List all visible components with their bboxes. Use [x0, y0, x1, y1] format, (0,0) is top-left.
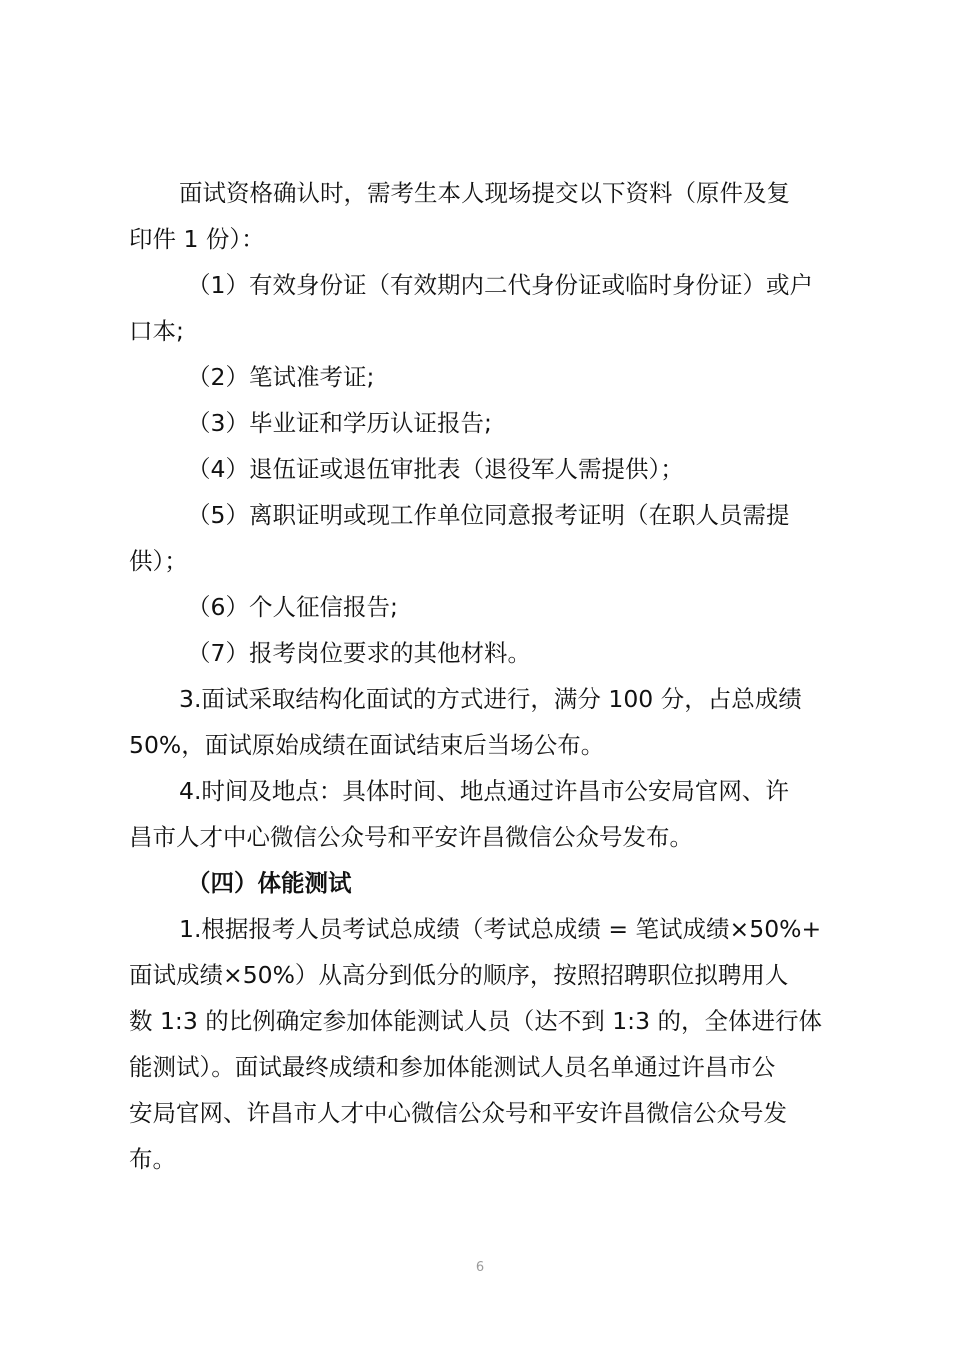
- text-line: 50%，面试原始成绩在面试结束后当场公布。: [129, 722, 845, 768]
- text-line: 布。: [129, 1136, 845, 1182]
- list-item: （6）个人征信报告;: [129, 584, 845, 630]
- text-line: 供）；: [129, 538, 845, 584]
- list-item: （7）报考岗位要求的其他材料。: [129, 630, 845, 676]
- list-item: （3）毕业证和学历认证报告;: [129, 400, 845, 446]
- text-line: 面试资格确认时，需考生本人现场提交以下资料（原件及复: [129, 170, 845, 216]
- text-line: 4.时间及地点：具体时间、地点通过许昌市公安局官网、许: [129, 768, 845, 814]
- list-item: （5）离职证明或现工作单位同意报考证明（在职人员需提: [129, 492, 845, 538]
- text-line: 3.面试采取结构化面试的方式进行，满分 100 分，占总成绩: [129, 676, 845, 722]
- list-item: （2）笔试准考证;: [129, 354, 845, 400]
- text-line: 能测试）。面试最终成绩和参加体能测试人员名单通过许昌市公: [129, 1044, 845, 1090]
- text-line: 面试成绩×50%）从高分到低分的顺序，按照招聘职位拟聘用人: [129, 952, 845, 998]
- page-number: 6: [0, 1260, 960, 1275]
- text-line: 昌市人才中心微信公众号和平安许昌微信公众号发布。: [129, 814, 845, 860]
- text-line: 数 1:3 的比例确定参加体能测试人员（达不到 1:3 的，全体进行体: [129, 998, 845, 1044]
- text-line: 口本;: [129, 308, 845, 354]
- text-line: 1.根据报考人员考试总成绩（考试总成绩 = 笔试成绩×50%+: [129, 906, 845, 952]
- section-heading: （四）体能测试: [129, 860, 845, 906]
- text-line: 印件 1 份）：: [129, 216, 845, 262]
- list-item: （4）退伍证或退伍审批表（退役军人需提供）；: [129, 446, 845, 492]
- text-line: 安局官网、许昌市人才中心微信公众号和平安许昌微信公众号发: [129, 1090, 845, 1136]
- list-item: （1）有效身份证（有效期内二代身份证或临时身份证）或户: [129, 262, 845, 308]
- document-body: 面试资格确认时，需考生本人现场提交以下资料（原件及复 印件 1 份）： （1）有…: [129, 170, 845, 1182]
